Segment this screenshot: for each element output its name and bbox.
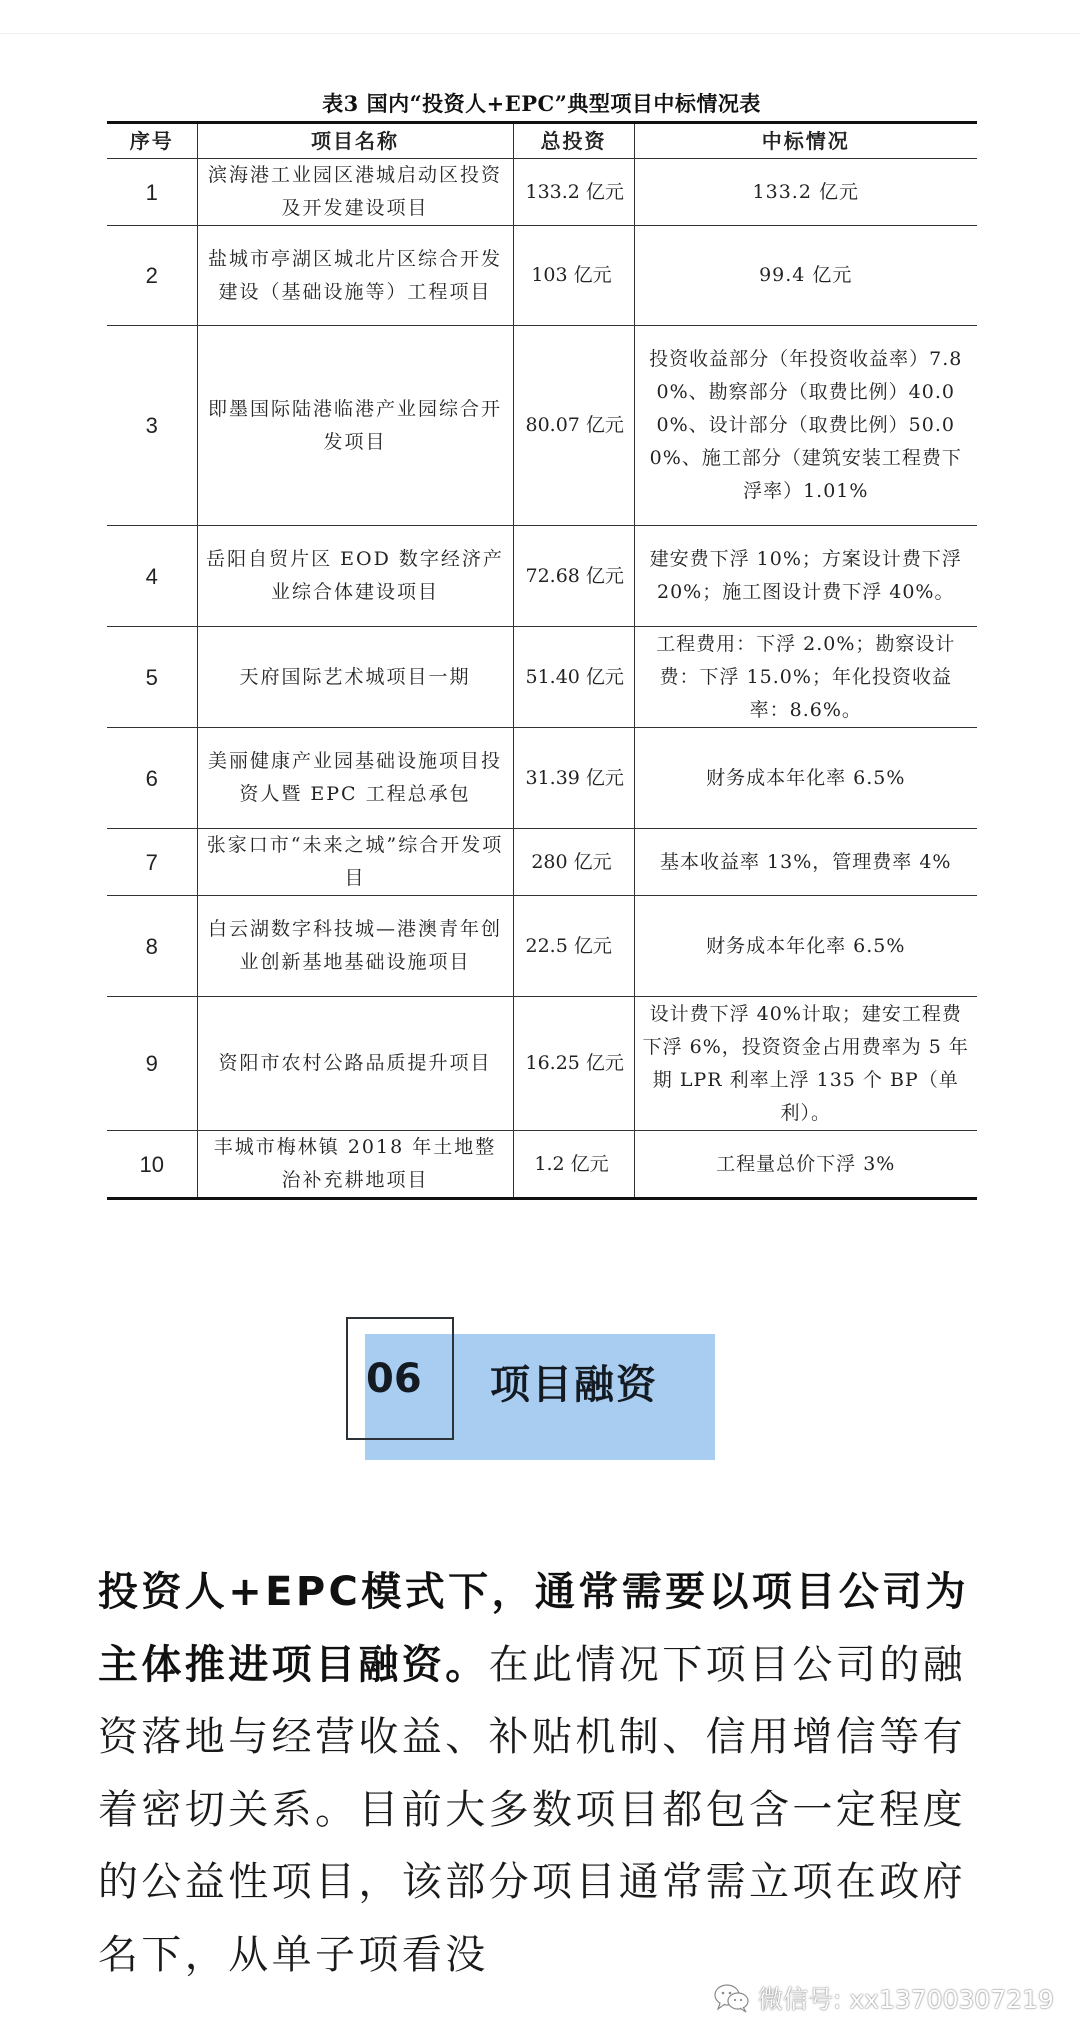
cell-name: 天府国际艺术城项目一期	[197, 627, 513, 728]
header-result: 中标情况	[634, 123, 977, 159]
cell-investment: 280 亿元	[513, 829, 634, 896]
cell-no: 6	[107, 728, 197, 829]
table-row: 7 张家口市“未来之城”综合开发项目 280 亿元 基本收益率 13%，管理费率…	[107, 829, 977, 896]
cell-no: 4	[107, 526, 197, 627]
cell-investment: 80.07 亿元	[513, 326, 634, 526]
cell-result: 财务成本年化率 6.5%	[634, 896, 977, 997]
top-divider	[0, 33, 1080, 34]
table-header-row: 序号 项目名称 总投资 中标情况	[107, 123, 977, 159]
cell-investment: 103 亿元	[513, 226, 634, 326]
bid-results-table: 序号 项目名称 总投资 中标情况 1 滨海港工业园区港城启动区投资及开发建设项目…	[107, 121, 977, 1200]
table-row: 4 岳阳自贸片区 EOD 数字经济产业综合体建设项目 72.68 亿元 建安费下…	[107, 526, 977, 627]
cell-name: 张家口市“未来之城”综合开发项目	[197, 829, 513, 896]
cell-investment: 22.5 亿元	[513, 896, 634, 997]
cell-name: 滨海港工业园区港城启动区投资及开发建设项目	[197, 159, 513, 226]
cell-investment: 31.39 亿元	[513, 728, 634, 829]
cell-name: 丰城市梅林镇 2018 年土地整治补充耕地项目	[197, 1131, 513, 1199]
table-row: 3 即墨国际陆港临港产业园综合开发项目 80.07 亿元 投资收益部分（年投资收…	[107, 326, 977, 526]
header-no: 序号	[107, 123, 197, 159]
cell-result: 基本收益率 13%，管理费率 4%	[634, 829, 977, 896]
cell-name: 岳阳自贸片区 EOD 数字经济产业综合体建设项目	[197, 526, 513, 627]
cell-name: 资阳市农村公路品质提升项目	[197, 997, 513, 1131]
table-row: 1 滨海港工业园区港城启动区投资及开发建设项目 133.2 亿元 133.2 亿…	[107, 159, 977, 226]
cell-investment: 1.2 亿元	[513, 1131, 634, 1199]
wechat-icon	[712, 1981, 752, 2015]
section-title: 项目融资	[490, 1361, 658, 1409]
cell-result: 133.2 亿元	[634, 159, 977, 226]
watermark: 微信号: xx13700307219	[712, 1978, 1054, 2018]
body-paragraph: 投资人+EPC模式下，通常需要以项目公司为主体推进项目融资。在此情况下项目公司的…	[98, 1556, 983, 1991]
cell-no: 7	[107, 829, 197, 896]
cell-result: 建安费下浮 10%；方案设计费下浮 20%；施工图设计费下浮 40%。	[634, 526, 977, 627]
header-name: 项目名称	[197, 123, 513, 159]
cell-investment: 133.2 亿元	[513, 159, 634, 226]
cell-no: 9	[107, 997, 197, 1131]
table-row: 6 美丽健康产业园基础设施项目投资人暨 EPC 工程总承包 31.39 亿元 财…	[107, 728, 977, 829]
watermark-text: 微信号: xx13700307219	[758, 1980, 1054, 2016]
cell-result: 财务成本年化率 6.5%	[634, 728, 977, 829]
table-row: 9 资阳市农村公路品质提升项目 16.25 亿元 设计费下浮 40%计取；建安工…	[107, 997, 977, 1131]
header-investment: 总投资	[513, 123, 634, 159]
cell-result: 工程费用：下浮 2.0%；勘察设计费：下浮 15.0%；年化投资收益率：8.6%…	[634, 627, 977, 728]
cell-result: 设计费下浮 40%计取；建安工程费下浮 6%，投资资金占用费率为 5 年期 LP…	[634, 997, 977, 1131]
table-row: 8 白云湖数字科技城—港澳青年创业创新基地基础设施项目 22.5 亿元 财务成本…	[107, 896, 977, 997]
cell-no: 5	[107, 627, 197, 728]
body-text: 在此情况下项目公司的融资落地与经营收益、补贴机制、信用增信等有着密切关系。目前大…	[98, 1642, 966, 1978]
section-header: 06 项目融资	[346, 1317, 716, 1462]
cell-result: 工程量总价下浮 3%	[634, 1131, 977, 1199]
table-row: 2 盐城市亭湖区城北片区综合开发建设（基础设施等）工程项目 103 亿元 99.…	[107, 226, 977, 326]
cell-investment: 72.68 亿元	[513, 526, 634, 627]
cell-no: 8	[107, 896, 197, 997]
cell-name: 盐城市亭湖区城北片区综合开发建设（基础设施等）工程项目	[197, 226, 513, 326]
cell-result: 投资收益部分（年投资收益率）7.80%、勘察部分（取费比例）40.00%、设计部…	[634, 326, 977, 526]
cell-name: 白云湖数字科技城—港澳青年创业创新基地基础设施项目	[197, 896, 513, 997]
cell-investment: 16.25 亿元	[513, 997, 634, 1131]
cell-investment: 51.40 亿元	[513, 627, 634, 728]
cell-no: 2	[107, 226, 197, 326]
cell-no: 1	[107, 159, 197, 226]
table-caption: 表3 国内“投资人+EPC”典型项目中标情况表	[107, 90, 976, 118]
table-row: 5 天府国际艺术城项目一期 51.40 亿元 工程费用：下浮 2.0%；勘察设计…	[107, 627, 977, 728]
cell-name: 即墨国际陆港临港产业园综合开发项目	[197, 326, 513, 526]
cell-no: 3	[107, 326, 197, 526]
section-number: 06	[366, 1355, 446, 1403]
table-row: 10 丰城市梅林镇 2018 年土地整治补充耕地项目 1.2 亿元 工程量总价下…	[107, 1131, 977, 1199]
cell-no: 10	[107, 1131, 197, 1199]
cell-name: 美丽健康产业园基础设施项目投资人暨 EPC 工程总承包	[197, 728, 513, 829]
cell-result: 99.4 亿元	[634, 226, 977, 326]
